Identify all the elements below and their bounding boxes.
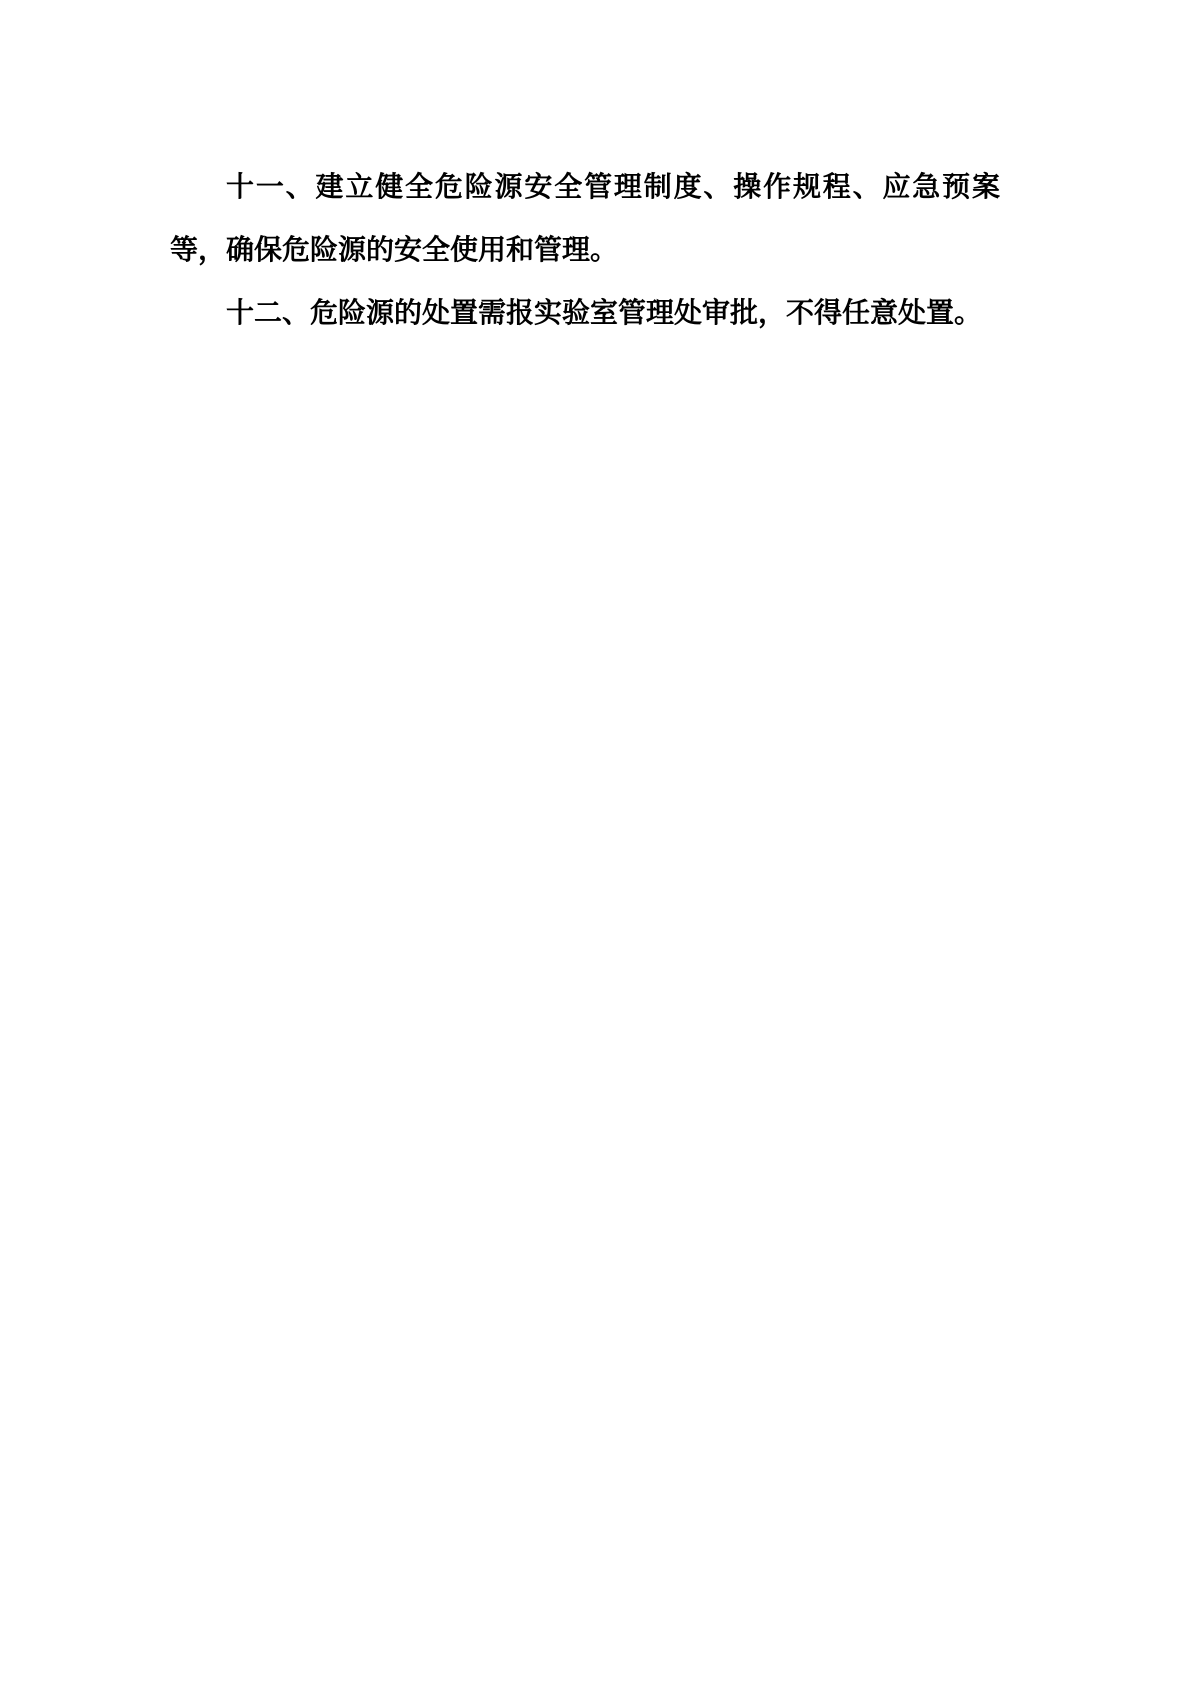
- document-page: 十一、建立健全危险源安全管理制度、操作规程、应急预案等，确保危险源的安全使用和管…: [0, 0, 1190, 1683]
- page-body-text: 十一、建立健全危险源安全管理制度、操作规程、应急预案等，确保危险源的安全使用和管…: [170, 155, 1000, 344]
- paragraph-item-11: 十一、建立健全危险源安全管理制度、操作规程、应急预案等，确保危险源的安全使用和管…: [170, 155, 1000, 281]
- paragraph-item-12: 十二、危险源的处置需报实验室管理处审批，不得任意处置。: [170, 281, 1000, 344]
